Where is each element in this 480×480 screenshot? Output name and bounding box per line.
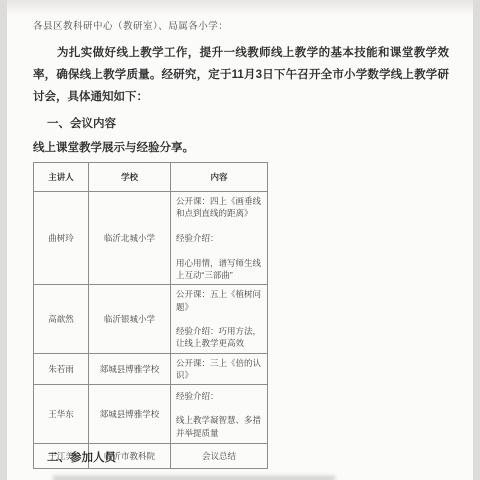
school-cell: 临沂银城小学 — [89, 285, 171, 354]
table-header-row: 主讲人 学校 内容 — [34, 163, 268, 192]
table-row: 王华东 郯城县博雅学校 经验介绍： 线上教学凝智慧、多措并举提质量 — [34, 385, 268, 444]
speaker-cell: 高歆然 — [34, 285, 89, 354]
section-2-title: 二、参加人员 — [47, 449, 116, 465]
page-right-margin — [473, 0, 480, 480]
document-page: 各县区教科研中心（教研室）、局属各小学： 为扎实做好线上教学工作，提升一线教师线… — [7, 0, 473, 480]
cutoff-text-line — [53, 476, 335, 480]
content-cell: 经验介绍： 线上教学凝智慧、多措并举提质量 — [171, 385, 268, 444]
speaker-cell: 曲树玲 — [34, 192, 89, 285]
addressee-line: 各县区教科研中心（教研室）、局属各小学： — [33, 18, 228, 32]
content-cell: 公开课：三上《倍的认识》 — [171, 353, 268, 385]
speaker-cell: 王华东 — [34, 385, 89, 444]
table-row: 曲树玲 临沂北城小学 公开课：四上《画垂线和点到直线的距离》 经验介绍： 用心用… — [34, 192, 268, 285]
intro-paragraph: 为扎实做好线上教学工作，提升一线教师线上教学的基本技能和课堂教学效率，确保线上教… — [33, 42, 449, 108]
section-1-description: 线上课堂教学展示与经验分享。 — [33, 139, 194, 155]
school-cell: 郯城县博雅学校 — [89, 385, 171, 444]
table-row: 朱若雨 郯城县博雅学校 公开课：三上《倍的认识》 — [34, 353, 268, 385]
speaker-cell: 朱若雨 — [34, 353, 89, 385]
content-cell: 公开课：四上《画垂线和点到直线的距离》 经验介绍： 用心用情，谱写师生线上互动“… — [171, 192, 268, 285]
header-school: 学校 — [89, 163, 171, 192]
school-cell: 郯城县博雅学校 — [89, 353, 171, 385]
content-cell: 会议总结 — [171, 444, 268, 469]
meeting-schedule-table: 主讲人 学校 内容 曲树玲 临沂北城小学 公开课：四上《画垂线和点到直线的距离》… — [33, 162, 268, 469]
header-speaker: 主讲人 — [34, 163, 89, 192]
table-row: 高歆然 临沂银城小学 公开课：五上《植树问题》 经验介绍：巧用方法，让线上教学更… — [34, 285, 268, 354]
section-1-title: 一、会议内容 — [47, 115, 116, 131]
header-content: 内容 — [171, 163, 268, 192]
content-cell: 公开课：五上《植树问题》 经验介绍：巧用方法，让线上教学更高效 — [171, 285, 268, 354]
school-cell: 临沂北城小学 — [89, 192, 171, 285]
